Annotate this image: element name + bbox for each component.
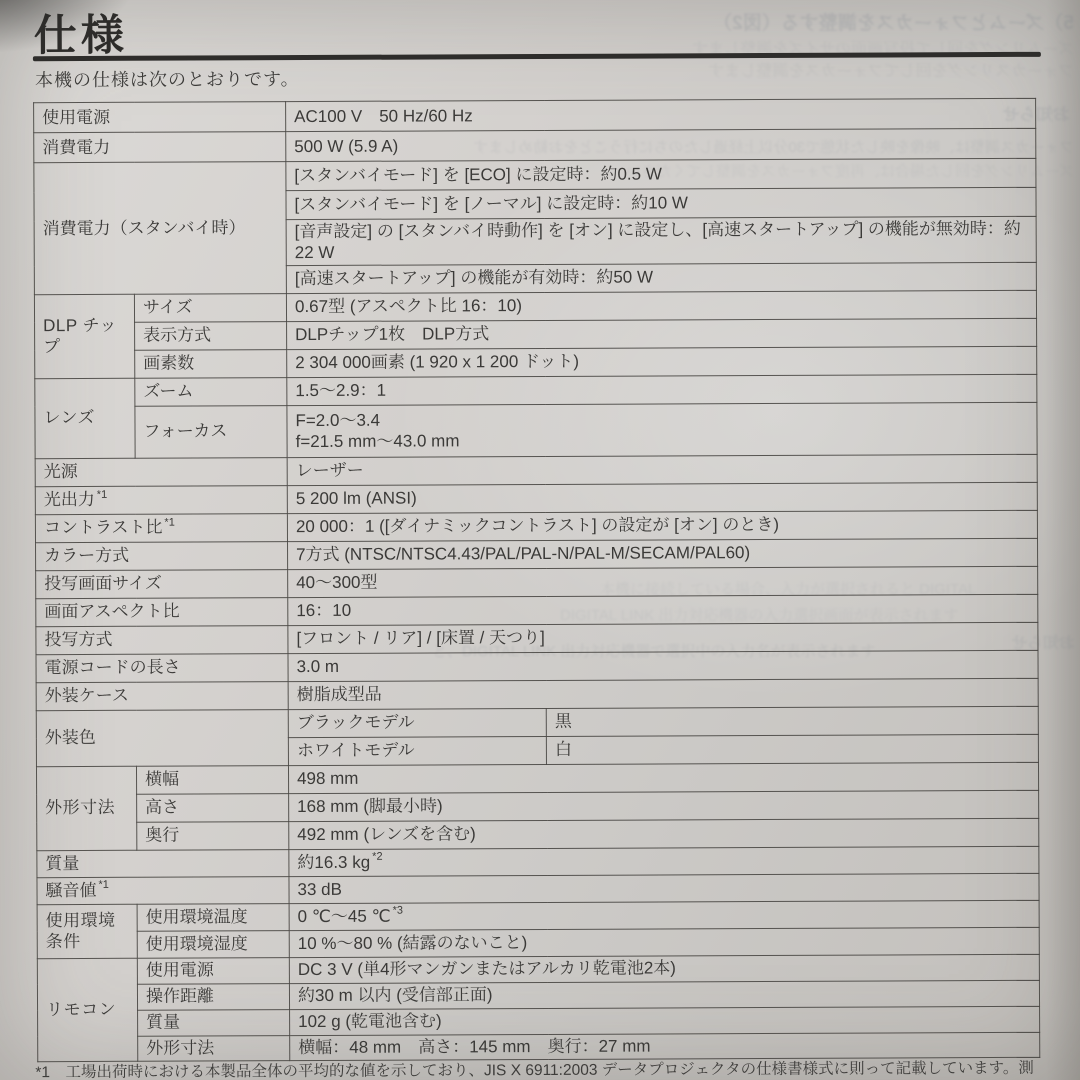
spec-value-standby-eco: [スタンバイモード] を [ECO] に設定時：約0.5 W (286, 158, 1036, 190)
table-row: 画素数 2 304 000画素 (1 920 x 1 200 ドット) (35, 346, 1037, 378)
spec-value-black-model: 黒 (546, 706, 1038, 736)
spec-value-screen-size: 40～300型 (288, 566, 1038, 597)
spec-label-power-source: 使用電源 (34, 102, 286, 133)
table-row: 外装ケース 樹脂成型品 (36, 678, 1038, 710)
table-row: 投写方式 [フロント / リア] / [床置 / 天つり] (36, 622, 1038, 654)
table-row: 表示方式 DLPチップ1枚 DLP方式 (35, 318, 1037, 350)
table-row: 画面アスペクト比 16：10 (36, 594, 1038, 626)
table-row: 奥行 492 mm (レンズを含む) (37, 818, 1039, 850)
spec-label-cord-length: 電源コードの長さ (36, 653, 288, 682)
title-divider (33, 52, 1041, 61)
table-row: 外装色 ブラックモデル 黒 (36, 706, 1038, 738)
spec-value-light-output: 5 200 lm (ANSI) (287, 482, 1037, 513)
spec-label-remote-range: 操作距離 (137, 983, 289, 1010)
spec-label-contrast: コントラスト比*1 (35, 513, 287, 542)
table-row: 消費電力（スタンバイ時） [スタンバイモード] を [ECO] に設定時：約0.… (34, 158, 1036, 191)
spec-value-dim-width: 498 mm (288, 762, 1038, 793)
table-row: 高さ 168 mm (脚最小時) (37, 790, 1039, 822)
spec-value-dlp-size: 0.67型 (アスペクト比 16：10) (286, 290, 1036, 321)
table-row: フォーカス F=2.0～3.4 f=21.5 mm～43.0 mm (35, 402, 1037, 458)
footnote-marker: *1 (97, 489, 107, 501)
spec-value-power-consumption: 500 W (5.9 A) (286, 128, 1036, 161)
spec-label-lens-focus: フォーカス (135, 405, 287, 458)
spec-label-dlp-pixels: 画素数 (135, 349, 287, 378)
page-content: 仕様 本機の仕様は次のとおりです。 使用電源 AC100 V 50 Hz/60 … (0, 0, 1080, 1080)
table-row: 光源 レーザー (35, 454, 1037, 486)
spec-label-remote-power: 使用電源 (137, 957, 289, 984)
spec-value-dim-height: 168 mm (脚最小時) (289, 790, 1039, 821)
spec-value-white-model: 白 (546, 734, 1038, 764)
spec-value-text: 0 ℃～45 ℃ (298, 907, 391, 926)
spec-label-light-source: 光源 (35, 457, 287, 486)
spec-value-text: 約16.3 kg (297, 853, 370, 872)
spec-label-light-output: 光出力*1 (35, 485, 287, 514)
spec-group-cabinet-color: 外装色 (36, 709, 288, 766)
table-row: レンズ ズーム 1.5～2.9：1 (35, 374, 1037, 406)
spec-label-text: コントラスト比 (44, 518, 163, 538)
footnote-text: *1 工場出荷時における本製品全体の平均的な値を示しており、JIS X 6911… (35, 1056, 1065, 1080)
spec-value-weight: 約16.3 kg*2 (289, 846, 1039, 876)
spec-label-dlp-display-method: 表示方式 (135, 321, 287, 350)
spec-value-dlp-display-method: DLPチップ1枚 DLP方式 (287, 318, 1037, 349)
spec-label-screen-size: 投写画面サイズ (36, 569, 288, 598)
spec-value-remote-power: DC 3 V (単4形マンガンまたはアルカリ乾電池2本) (289, 954, 1039, 983)
table-row: 外形寸法 横幅 498 mm (36, 762, 1038, 794)
intro-text: 本機の仕様は次のとおりです。 (35, 65, 300, 92)
spec-label-dlp-size: サイズ (134, 293, 286, 322)
spec-value-env-temperature: 0 ℃～45 ℃*3 (289, 900, 1039, 930)
spec-label-cabinet: 外装ケース (36, 681, 288, 710)
spec-value-contrast: 20 000：1 ([ダイナミックコントラスト] の設定が [オン] のとき) (287, 510, 1037, 541)
table-row: コントラスト比*1 20 000：1 ([ダイナミックコントラスト] の設定が … (35, 510, 1037, 542)
spec-group-dlp-chip: DLP チップ (34, 294, 134, 378)
spec-label-projection-method: 投写方式 (36, 625, 288, 654)
spec-group-dimensions: 外形寸法 (36, 766, 136, 850)
spec-label-power-consumption: 消費電力 (34, 132, 286, 163)
spec-table: 使用電源 AC100 V 50 Hz/60 Hz 消費電力 500 W (5.9… (33, 98, 1040, 1062)
spec-label-remote-dimensions: 外形寸法 (138, 1035, 290, 1061)
table-row: 光出力*1 5 200 lm (ANSI) (35, 482, 1037, 514)
page-title: 仕様 (34, 2, 128, 63)
table-row: 電源コードの長さ 3.0 m (36, 650, 1038, 682)
spec-label-color-system: カラー方式 (36, 541, 288, 570)
table-row: 使用電源 AC100 V 50 Hz/60 Hz (34, 98, 1036, 132)
spec-label-env-humidity: 使用環境湿度 (137, 930, 289, 958)
footnote-marker: *1 (98, 879, 108, 891)
spec-value-power-source: AC100 V 50 Hz/60 Hz (286, 98, 1036, 131)
spec-group-lens: レンズ (35, 378, 135, 458)
table-row: 消費電力 500 W (5.9 A) (34, 128, 1036, 162)
table-row: カラー方式 7方式 (NTSC/NTSC4.43/PAL/PAL-N/PAL-M… (36, 538, 1038, 570)
spec-value-aspect-ratio: 16：10 (288, 594, 1038, 625)
spec-label-dim-depth: 奥行 (137, 821, 289, 850)
spec-value-light-source: レーザー (287, 454, 1037, 485)
table-row: 投写画面サイズ 40～300型 (36, 566, 1038, 598)
spec-label-white-model: ホワイトモデル (288, 736, 546, 765)
spec-value-dim-depth: 492 mm (レンズを含む) (289, 818, 1039, 849)
spec-label-aspect-ratio: 画面アスペクト比 (36, 597, 288, 626)
spec-value-noise: 33 dB (289, 873, 1039, 903)
footnote-marker: *3 (393, 905, 403, 917)
spec-value-standby-audio: [音声設定] の [スタンバイ時動作] を [オン] に設定し、[高速スタートア… (286, 216, 1036, 265)
spec-value-lens-focus: F=2.0～3.4 f=21.5 mm～43.0 mm (287, 402, 1037, 457)
spec-label-env-temperature: 使用環境温度 (137, 903, 289, 931)
footnote-marker: *1 (164, 516, 174, 528)
spec-label-standby: 消費電力（スタンバイ時） (34, 162, 287, 295)
spec-value-env-humidity: 10 %～80 % (結露のないこと) (289, 927, 1039, 957)
spec-label-remote-weight: 質量 (138, 1009, 290, 1036)
spec-group-remote: リモコン (37, 958, 137, 1061)
spec-value-remote-range: 約30 m 以内 (受信部正面) (289, 980, 1039, 1009)
spec-label-noise: 騒音値*1 (37, 876, 289, 904)
manual-page-photo: 5）ズームとフォーカスを調整する（図2） ズームリングを回して投写画面のサイズを… (0, 0, 1080, 1080)
spec-value-lens-zoom: 1.5～2.9：1 (287, 374, 1037, 405)
spec-value-standby-normal: [スタンバイモード] を [ノーマル] に設定時：約10 W (286, 187, 1036, 219)
spec-value-cabinet: 樹脂成型品 (288, 678, 1038, 709)
spec-label-dim-height: 高さ (137, 793, 289, 822)
spec-label-weight: 質量 (37, 849, 289, 877)
footnote-marker: *2 (372, 851, 382, 863)
spec-label-lens-zoom: ズーム (135, 377, 287, 406)
table-row: DLP チップ サイズ 0.67型 (アスペクト比 16：10) (34, 290, 1036, 322)
spec-label-text: 光出力 (44, 490, 95, 509)
spec-label-black-model: ブラックモデル (288, 708, 546, 737)
spec-value-remote-weight: 102 g (乾電池含む) (290, 1006, 1040, 1035)
spec-label-text: 騒音値 (45, 881, 96, 900)
spec-value-standby-quick-start: [高速スタートアップ] の機能が有効時：約50 W (286, 262, 1036, 293)
spec-group-environment: 使用環境条件 (37, 904, 137, 958)
spec-value-dlp-pixels: 2 304 000画素 (1 920 x 1 200 ドット) (287, 346, 1037, 377)
spec-label-dim-width: 横幅 (136, 765, 288, 794)
spec-value-projection-method: [フロント / リア] / [床置 / 天つり] (288, 622, 1038, 653)
spec-value-cord-length: 3.0 m (288, 650, 1038, 681)
spec-value-color-system: 7方式 (NTSC/NTSC4.43/PAL/PAL-N/PAL-M/SECAM… (288, 538, 1038, 569)
